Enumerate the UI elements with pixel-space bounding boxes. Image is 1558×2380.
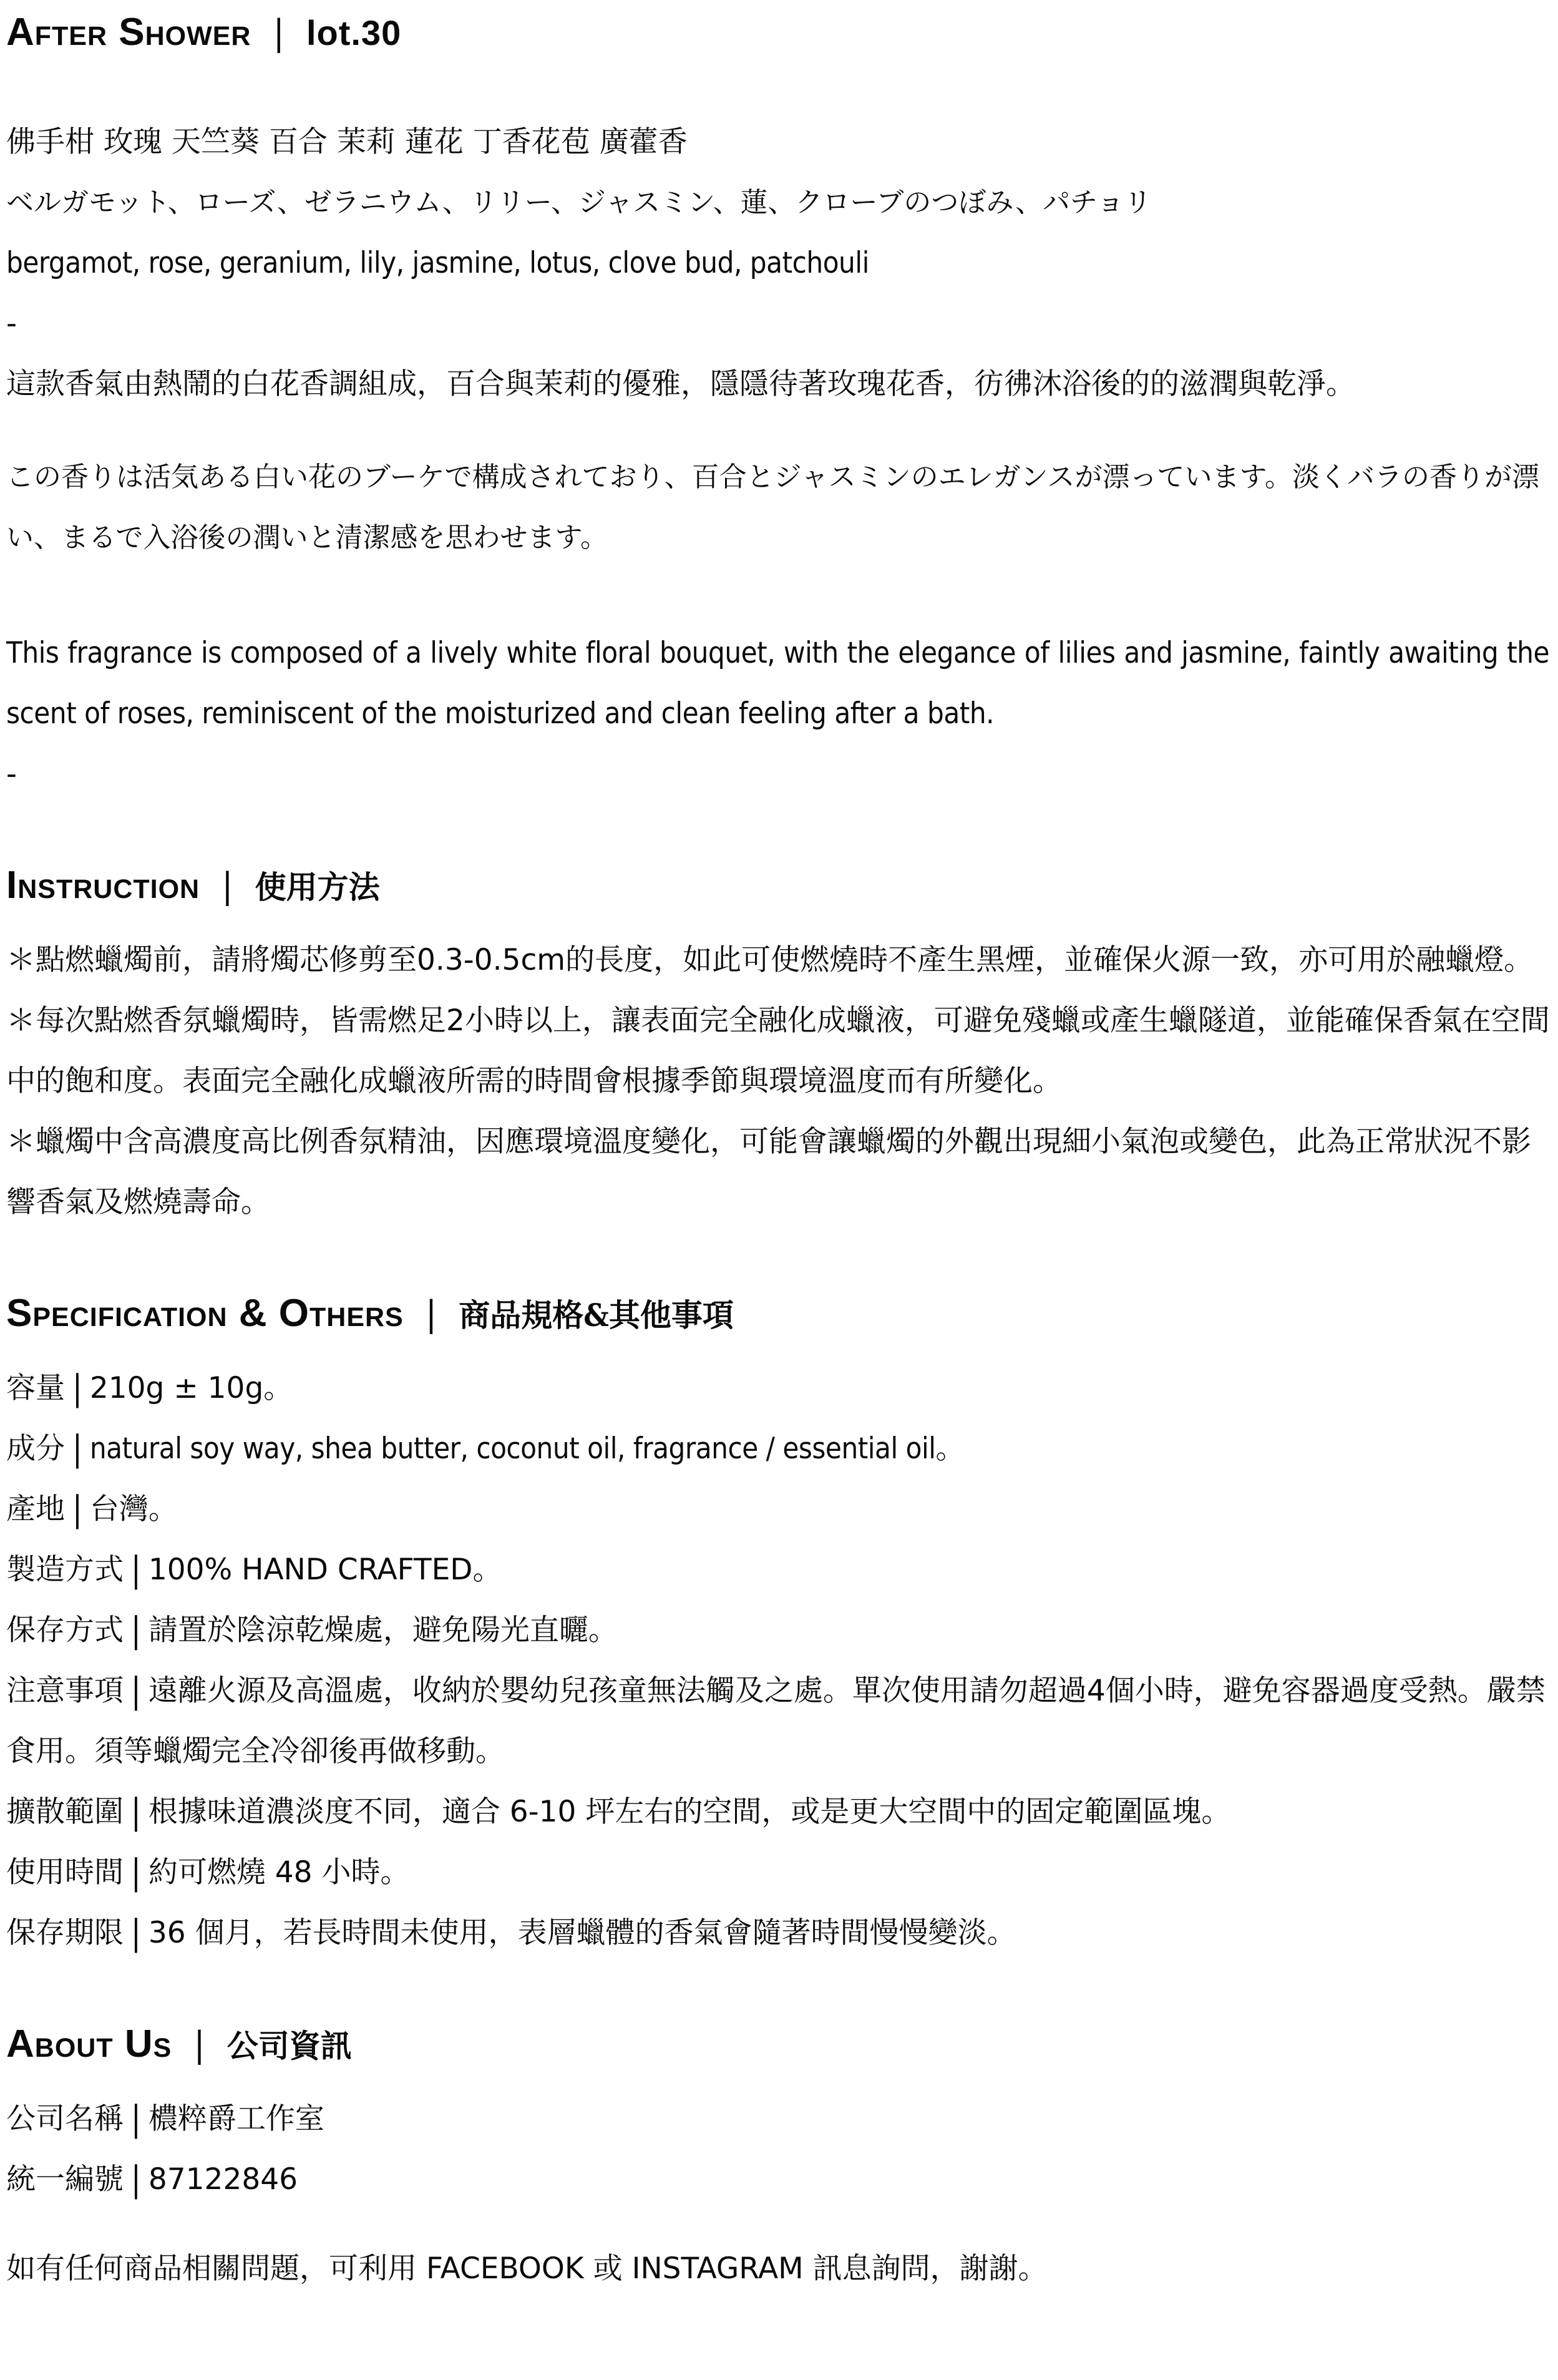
specification-title-zh: 商品規格&其他事項 xyxy=(459,1297,734,1334)
description-en: This fragrance is composed of a lively w… xyxy=(6,623,1551,744)
page-title: After Shower | lot.30 xyxy=(6,11,1551,54)
about-value: 87122846 xyxy=(148,2162,298,2197)
notes-line-en: bergamot, rose, geranium, lily, jasmine,… xyxy=(6,233,1551,293)
about-separator: | xyxy=(131,2143,141,2215)
description-zh: 這款香氣由熱鬧的白花香調組成，百合與茉莉的優雅，隱隱待著玫瑰花香，彷彿沐浴後的的… xyxy=(6,354,1551,414)
description-ja: この香りは活気ある白い花のブーケで構成されており、百合とジャスミンのエレガンスが… xyxy=(6,447,1551,568)
spec-row-burn-time: 使用時間|約可燃燒 48 小時。 xyxy=(6,1842,1551,1903)
spec-label: 注意事項 xyxy=(6,1674,124,1708)
spec-separator: | xyxy=(131,1654,141,1727)
spec-row-diffusion: 擴散範圍|根據味道濃淡度不同，適合 6-10 坪左右的空間，或是更大空間中的固定… xyxy=(6,1782,1551,1842)
page-title-lot-number: lot.30 xyxy=(306,13,401,52)
section-title-specification: Specification & Others | 商品規格&其他事項 xyxy=(6,1292,1551,1337)
about-title-en: About Us xyxy=(6,2022,172,2065)
spec-value: 台灣。 xyxy=(90,1492,178,1526)
spec-label: 保存方式 xyxy=(6,1613,124,1647)
about-list: 公司名稱|檂粹爵工作室 統一編號|87122846 xyxy=(6,2089,1551,2210)
spec-value: 遠離火源及高溫處，收納於嬰幼兒孩童無法觸及之處。單次使用請勿超過4個小時，避免容… xyxy=(6,1674,1546,1768)
about-label: 公司名稱 xyxy=(6,2102,124,2136)
fragrance-notes: 佛手柑 玫瑰 天竺葵 百合 茉莉 蓮花 丁香花苞 廣藿香 ベルガモット、ローズ、… xyxy=(6,112,1551,414)
about-label: 統一編號 xyxy=(6,2162,124,2197)
specification-list: 容量|210g ± 10g。 成分|natural soy way, shea … xyxy=(6,1358,1551,1963)
spec-label: 產地 xyxy=(6,1492,65,1526)
instruction-item: ＊蠟燭中含高濃度高比例香氛精油，因應環境溫度變化，可能會讓蠟燭的外觀出現細小氣泡… xyxy=(6,1111,1551,1232)
spec-row-caution: 注意事項|遠離火源及高溫處，收納於嬰幼兒孩童無法觸及之處。單次使用請勿超過4個小… xyxy=(6,1661,1551,1782)
page-title-en: After Shower xyxy=(6,11,251,54)
instruction-title-en: Instruction xyxy=(6,864,200,907)
about-value: 檂粹爵工作室 xyxy=(148,2102,324,2136)
spec-row-shelf-life: 保存期限|36 個月，若長時間未使用，表層蠟體的香氣會隨著時間慢慢變淡。 xyxy=(6,1903,1551,1963)
specification-title-separator: | xyxy=(427,1290,436,1337)
spec-label: 使用時間 xyxy=(6,1855,124,1890)
about-row-tax-id: 統一編號|87122846 xyxy=(6,2149,1551,2210)
spec-row-ingredients: 成分|natural soy way, shea butter, coconut… xyxy=(6,1418,1551,1479)
about-row-company-name: 公司名稱|檂粹爵工作室 xyxy=(6,2089,1551,2149)
spec-value: 100% HAND CRAFTED。 xyxy=(148,1553,502,1587)
spec-row-storage: 保存方式|請置於陰涼乾燥處，避免陽光直曬。 xyxy=(6,1600,1551,1661)
spec-row-production: 製造方式|100% HAND CRAFTED。 xyxy=(6,1539,1551,1600)
spec-row-capacity: 容量|210g ± 10g。 xyxy=(6,1358,1551,1418)
section-title-instruction: Instruction | 使用方法 xyxy=(6,864,1551,909)
spec-label: 製造方式 xyxy=(6,1553,124,1587)
instruction-item: ＊每次點燃香氛蠟燭時，皆需燃足2小時以上，讓表面完全融化成蠟液，可避免殘蠟或產生… xyxy=(6,990,1551,1111)
spec-value: 36 個月，若長時間未使用，表層蠟體的香氣會隨著時間慢慢變淡。 xyxy=(148,1916,1016,1950)
notes-line-zh: 佛手柑 玫瑰 天竺葵 百合 茉莉 蓮花 丁香花苞 廣藿香 xyxy=(6,112,1551,172)
spec-value: 210g ± 10g。 xyxy=(90,1371,293,1405)
spec-value: natural soy way, shea butter, coconut oi… xyxy=(90,1431,965,1466)
spec-label: 成分 xyxy=(6,1431,65,1466)
spec-value: 根據味道濃淡度不同，適合 6-10 坪左右的空間，或是更大空間中的固定範圍區塊。 xyxy=(148,1795,1231,1829)
instruction-title-separator: | xyxy=(223,862,231,909)
spec-value: 請置於陰涼乾燥處，避免陽光直曬。 xyxy=(148,1613,618,1647)
spec-label: 保存期限 xyxy=(6,1916,124,1950)
instruction-item: ＊點燃蠟燭前，請將燭芯修剪至0.3-0.5cm的長度，如此可使燃燒時不產生黑煙，… xyxy=(6,930,1551,990)
about-title-zh: 公司資訊 xyxy=(227,2027,352,2064)
spec-label: 容量 xyxy=(6,1371,65,1405)
specification-title-en: Specification & Others xyxy=(6,1292,404,1335)
notes-line-ja: ベルガモット、ローズ、ゼラニウム、リリー、ジャスミン、蓮、クローブのつぼみ、パチ… xyxy=(6,172,1551,233)
about-title-separator: | xyxy=(195,2021,204,2068)
product-description-page: After Shower | lot.30 佛手柑 玫瑰 天竺葵 百合 茉莉 蓮… xyxy=(0,0,1558,2299)
instruction-title-zh: 使用方法 xyxy=(255,869,380,905)
spec-value: 約可燃燒 48 小時。 xyxy=(148,1855,410,1890)
spec-row-origin: 產地|台灣。 xyxy=(6,1479,1551,1539)
divider-dash-top: - xyxy=(6,293,1551,354)
section-title-about-us: About Us | 公司資訊 xyxy=(6,2023,1551,2067)
title-separator: | xyxy=(275,9,283,56)
divider-dash-bottom: - xyxy=(6,744,1551,804)
spec-separator: | xyxy=(72,1473,82,1545)
spec-label: 擴散範圍 xyxy=(6,1795,124,1829)
contact-note: 如有任何商品相關問題，可利用 FACEBOOK 或 INSTAGRAM 訊息詢問… xyxy=(6,2238,1551,2299)
instruction-list: ＊點燃蠟燭前，請將燭芯修剪至0.3-0.5cm的長度，如此可使燃燒時不產生黑煙，… xyxy=(6,930,1551,1232)
spec-separator: | xyxy=(131,1896,141,1969)
